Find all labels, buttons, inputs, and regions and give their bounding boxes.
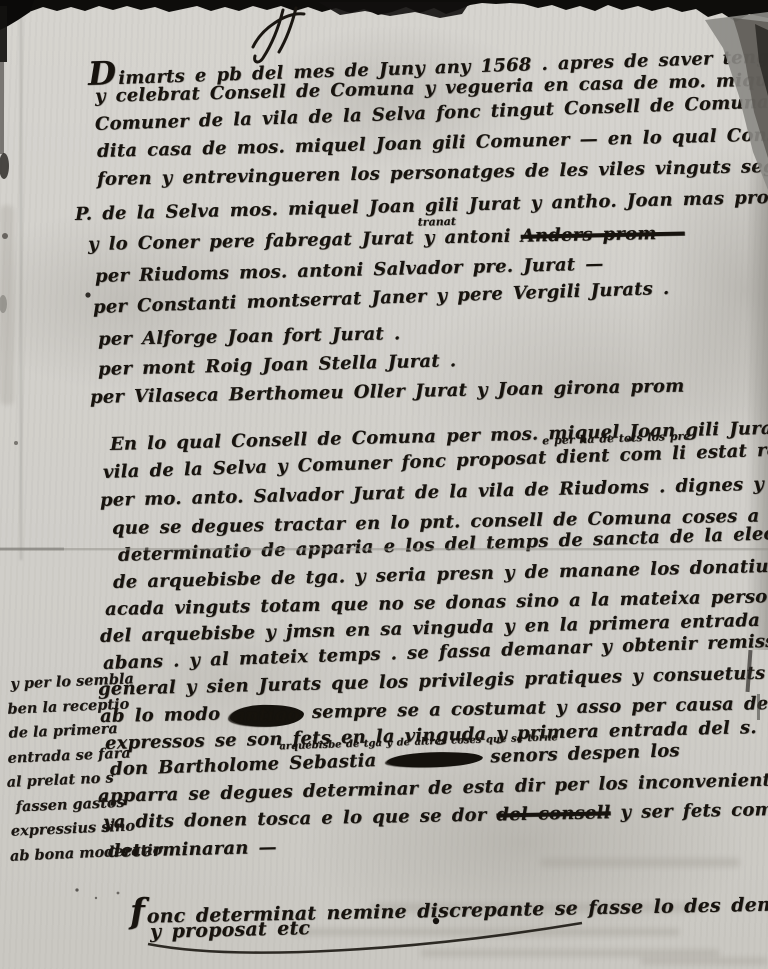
margin-note-line: entrada se fara — [5, 743, 158, 767]
margin-note-line: ben la receptio — [3, 694, 156, 718]
showthrough-ghost — [540, 858, 740, 867]
struck-text: Anders prom — — [520, 223, 684, 247]
margin-note-line: ab bona moderatio — [9, 841, 162, 865]
attendee-line: per Vilaseca Berthomeu Oller Jurat y Joa… — [90, 376, 685, 408]
margin-note: y per lo sembla ben la receptio de la pr… — [2, 669, 163, 871]
body-text: y ser fets com — — [610, 799, 768, 824]
torn-top-edge — [0, 0, 768, 22]
margin-note-line: de la primera — [4, 718, 157, 742]
ink-blot — [386, 751, 480, 768]
vertical-fold-crease — [20, 0, 22, 560]
margin-note-line: fassen gastos — [7, 792, 160, 816]
attendee-text: y lo Coner pere fabregat Jurat y antoni — [88, 226, 521, 255]
ink-blot-strike: antigo — [230, 704, 302, 726]
showthrough-ghost — [420, 949, 720, 957]
struck-text: del consell — [496, 802, 611, 825]
margin-note-line: al prelat no s — [6, 767, 159, 791]
manuscript-line: foren y entrevingueren los personatges d… — [97, 155, 768, 190]
attendee-line: y lo Coner pere fabregat Jurat y antoni … — [88, 223, 685, 255]
attendee-line: per Alforge Joan fort Jurat . — [98, 323, 401, 350]
body-text: ya dits donen tosca e lo que se dor — [103, 804, 497, 833]
manuscript-page: Dimarts e pb del mes de Juny any 1568 . … — [0, 0, 768, 969]
showthrough-ghost — [0, 205, 14, 405]
attendee-line: per mont Roig Joan Stella Jurat . — [98, 350, 457, 380]
torn-top-left-corner — [0, 0, 34, 30]
interlinear-insertion: tranat — [418, 215, 456, 229]
margin-note-line: expressius sino — [8, 816, 161, 840]
torn-top-streak — [318, 2, 470, 18]
margin-note-line: y per lo sembla — [2, 669, 155, 693]
right-edge-shading — [746, 170, 768, 650]
closing-line: y proposat etc — [150, 917, 311, 943]
showthrough-ghost — [290, 928, 680, 936]
showthrough-ghost — [640, 957, 768, 965]
